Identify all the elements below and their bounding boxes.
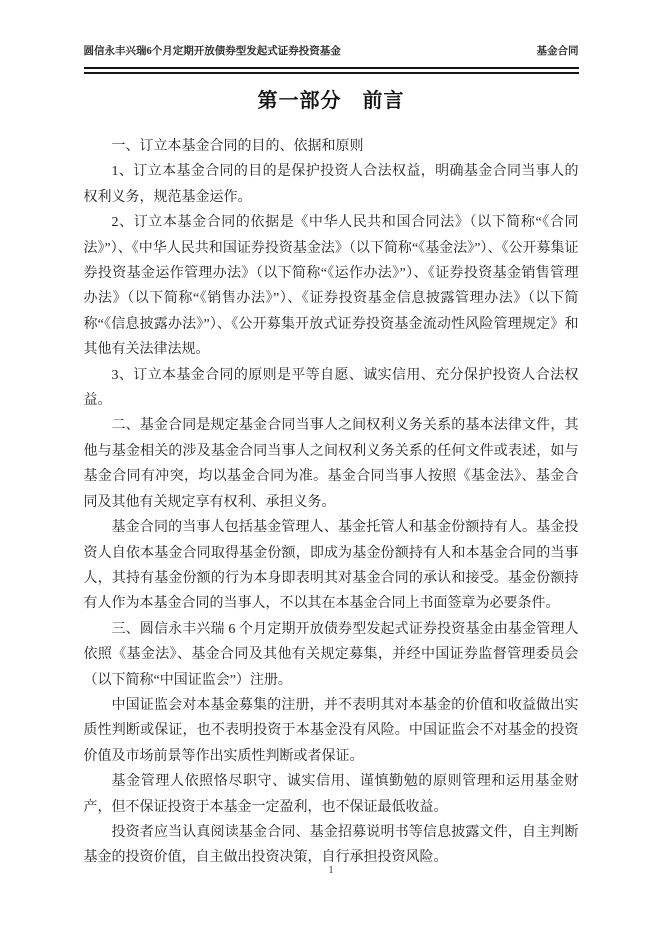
paragraph: 基金合同的当事人包括基金管理人、基金托管人和基金份额持有人。基金投资人自依本基金… xyxy=(84,515,579,617)
paragraph: 1、订立本基金合同的目的是保护投资人合法权益，明确基金合同当事人的权利义务，规范… xyxy=(84,159,579,210)
paragraph: 3、订立本基金合同的原则是平等自愿、诚实信用、充分保护投资人合法权益。 xyxy=(84,363,579,414)
page-content: 圆信永丰兴瑞6个月定期开放债券型发起式证券投资基金 基金合同 第一部分 前言 一… xyxy=(84,0,579,871)
page-title: 第一部分 前言 xyxy=(84,88,579,114)
document-body: 一、订立本基金合同的目的、依据和原则 1、订立本基金合同的目的是保护投资人合法权… xyxy=(84,134,579,871)
paragraph: 中国证监会对本基金募集的注册，并不表明其对本基金的价值和收益做出实质性判断或保证… xyxy=(84,693,579,769)
paragraph: 二、基金合同是规定基金合同当事人之间权利义务关系的基本法律文件，其他与基金相关的… xyxy=(84,413,579,515)
paragraph: 2、订立本基金合同的依据是《中华人民共和国合同法》（以下简称“《合同法》”）、《… xyxy=(84,210,579,362)
header-fund-name: 圆信永丰兴瑞6个月定期开放债券型发起式证券投资基金 xyxy=(84,45,341,59)
paragraph: 基金管理人依照恪尽职守、诚实信用、谨慎勤勉的原则管理和运用基金财产，但不保证投资… xyxy=(84,769,579,820)
paragraph: 一、订立本基金合同的目的、依据和原则 xyxy=(84,134,579,159)
page-header: 圆信永丰兴瑞6个月定期开放债券型发起式证券投资基金 基金合同 xyxy=(84,0,579,59)
header-double-rule xyxy=(84,67,579,74)
paragraph: 三、圆信永丰兴瑞 6 个月定期开放债券型发起式证券投资基金由基金管理人依照《基金… xyxy=(84,617,579,693)
header-doc-type: 基金合同 xyxy=(537,45,579,59)
page-number: 1 xyxy=(0,865,662,876)
paragraph: 投资者应当认真阅读基金合同、基金招募说明书等信息披露文件，自主判断基金的投资价值… xyxy=(84,820,579,871)
document-page: 圆信永丰兴瑞6个月定期开放债券型发起式证券投资基金 基金合同 第一部分 前言 一… xyxy=(0,0,662,936)
